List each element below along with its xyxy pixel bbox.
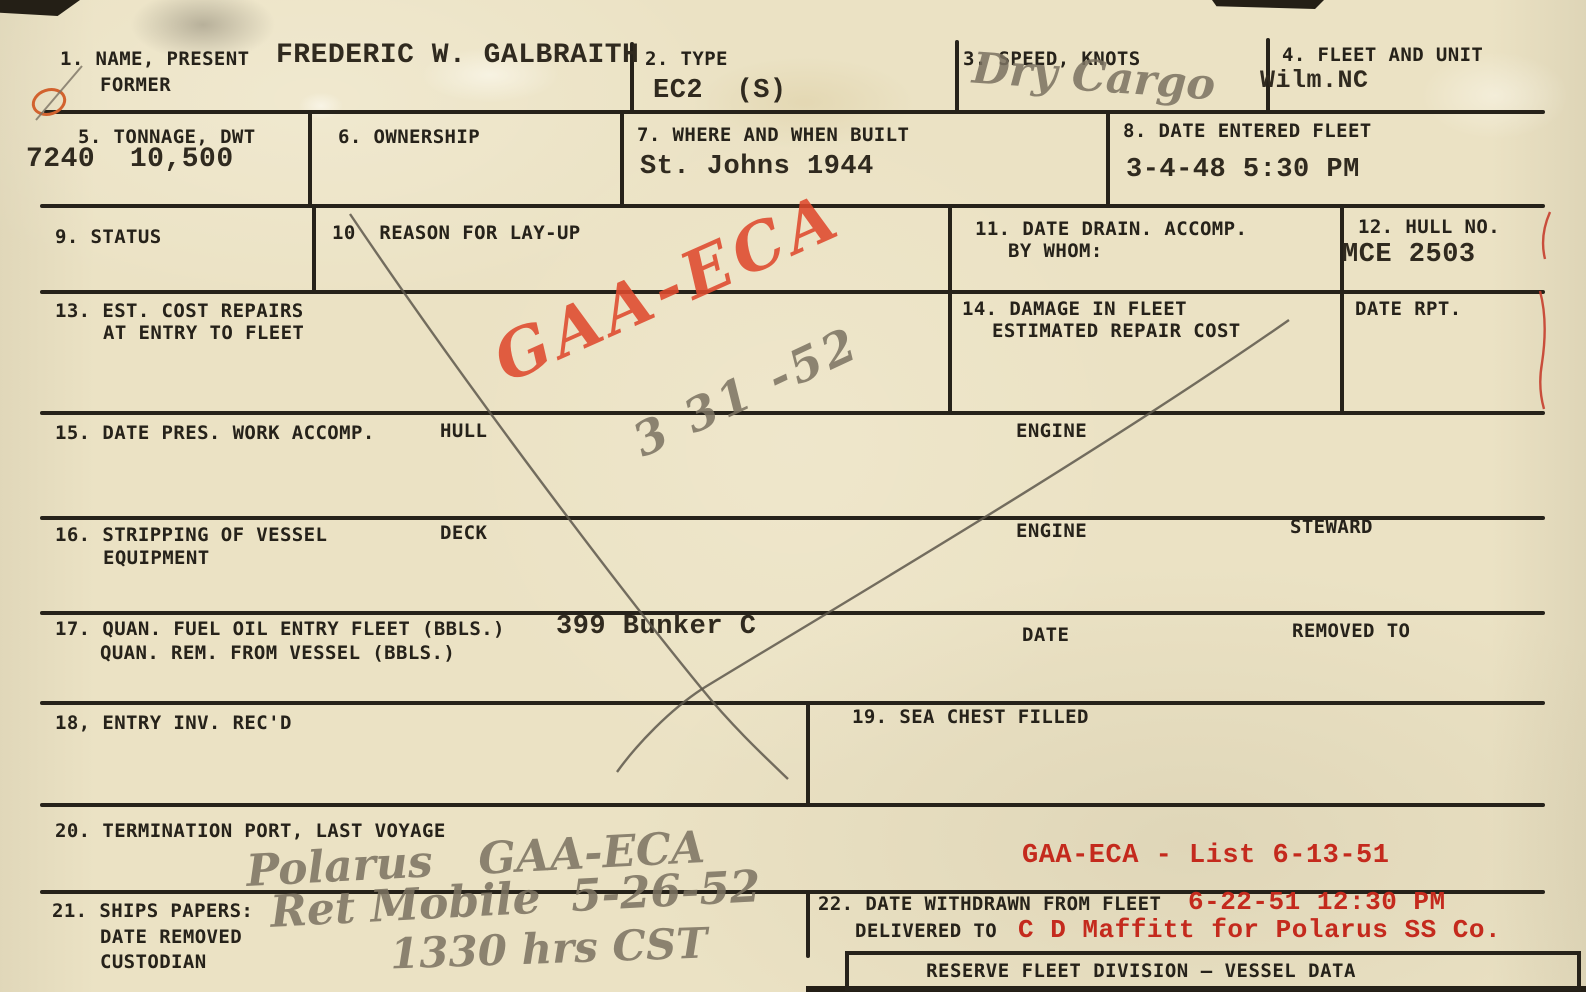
divider-tonnage-ownership — [308, 110, 312, 206]
field5-value-tonnage: 7240 10,500 — [26, 144, 234, 175]
field22-label: 22. DATE WITHDRAWN FROM FLEET — [818, 893, 1161, 915]
field15-sub-hull: HULL — [440, 420, 487, 442]
field10-label: 10 REASON FOR LAY-UP — [332, 222, 581, 244]
field8-value-date-entered: 3-4-48 5:30 PM — [1126, 155, 1360, 185]
scan-edge-top-left — [0, 0, 80, 16]
field7-value-where-built: St. Johns 1944 — [640, 152, 874, 182]
field17-label: 17. QUAN. FUEL OIL ENTRY FLEET (BBLS.) — [55, 618, 505, 640]
field4-value-fleet-unit: Wilm.NC — [1260, 66, 1369, 95]
field14-label: 14. DAMAGE IN FLEET — [962, 298, 1187, 320]
field4-label: 4. FLEET AND UNIT — [1282, 44, 1483, 66]
field22-label-delivered-to: DELIVERED TO — [855, 920, 997, 942]
field7-label: 7. WHERE AND WHEN BUILT — [637, 124, 909, 146]
field16-sub-deck: DECK — [440, 522, 487, 544]
field6-label: 6. OWNERSHIP — [338, 126, 480, 148]
field17-label2: QUAN. REM. FROM VESSEL (BBLS.) — [100, 642, 455, 664]
field21-label-custodian: CUSTODIAN — [100, 951, 207, 973]
divider-damage-daterpt — [1340, 290, 1344, 413]
field9-label: 9. STATUS — [55, 226, 162, 248]
field1-label: 1. NAME, PRESENT — [60, 48, 249, 70]
field11-label-by-whom: BY WHOM: — [1008, 240, 1103, 262]
field13-label: 13. EST. COST REPAIRS — [55, 300, 304, 322]
field16-label-equipment: EQUIPMENT — [103, 547, 210, 569]
divider-papers-withdrawn — [806, 890, 810, 958]
field16-sub-steward: STEWARD — [1290, 516, 1373, 538]
rule-below-row7 — [40, 701, 1545, 705]
paper-spot-small — [295, 90, 347, 122]
field1-label-former: FORMER — [100, 74, 171, 96]
rule-below-row8 — [40, 803, 1545, 807]
field19-label: 19. SEA CHEST FILLED — [852, 706, 1089, 728]
rule-below-row3 — [40, 290, 1545, 294]
red-margin-squiggle-upper — [1543, 212, 1550, 259]
field16-sub-engine: ENGINE — [1016, 520, 1087, 542]
divider-built-entered — [1106, 110, 1110, 206]
red-margin-squiggle-lower — [1540, 291, 1545, 409]
field12-value-hull-no: MCE 2503 — [1342, 240, 1476, 270]
red-list-note: GAA-ECA - List 6-13-51 — [1022, 841, 1389, 871]
scan-edge-top-right — [1212, 0, 1324, 9]
field21-label-date-removed: DATE REMOVED — [100, 926, 242, 948]
reserve-fleet-title-box: RESERVE FLEET DIVISION – VESSEL DATA — [845, 951, 1581, 991]
divider-type-speed — [955, 40, 959, 112]
divider-entry-seachest — [806, 701, 810, 805]
divider-status-reason — [312, 204, 316, 292]
field14-label2: ESTIMATED REPAIR COST — [992, 320, 1241, 342]
divider-ownership-built — [620, 110, 624, 206]
field22-value-date-withdrawn: 6-22-51 12:30 PM — [1188, 887, 1446, 917]
pencil-date-3-31-52: 3 31 -52 — [625, 316, 868, 468]
divider-repairs-damage — [948, 290, 952, 413]
field12-label: 12. HULL NO. — [1358, 216, 1500, 238]
field17-value-fuel: 399 Bunker C — [556, 612, 756, 642]
field2-value-type: EC2 (S) — [653, 76, 787, 106]
field8-label: 8. DATE ENTERED FLEET — [1123, 120, 1372, 142]
field15-label: 15. DATE PRES. WORK ACCOMP. — [55, 422, 375, 444]
field16-label: 16. STRIPPING OF VESSEL — [55, 524, 327, 546]
field3-handwritten-dry-cargo: Dry Cargo — [971, 44, 1217, 111]
divider-reason-drain — [948, 204, 952, 292]
field13-label2: AT ENTRY TO FLEET — [103, 322, 304, 344]
field17-sub-date: DATE — [1022, 624, 1069, 646]
field18-label: 18, ENTRY INV. REC'D — [55, 712, 292, 734]
field15-sub-engine: ENGINE — [1016, 420, 1087, 442]
field21-handwritten-1330-hrs: 1330 hrs CST — [389, 918, 708, 978]
field11-label: 11. DATE DRAIN. ACCOMP. — [975, 218, 1247, 240]
rule-below-row1 — [44, 110, 1545, 114]
rule-below-row6 — [40, 611, 1545, 615]
rule-below-row4 — [40, 411, 1545, 415]
field1-value-ship-name: FREDERIC W. GALBRAITH — [276, 40, 639, 71]
field22-value-delivered-to: C D Maffitt for Polarus SS Co. — [1018, 915, 1501, 945]
reserve-fleet-title: RESERVE FLEET DIVISION – VESSEL DATA — [926, 960, 1356, 982]
field17-sub-removed-to: REMOVED TO — [1292, 620, 1410, 642]
field21-label: 21. SHIPS PAPERS: — [52, 900, 253, 922]
vessel-data-card: 1. NAME, PRESENT FORMER FREDERIC W. GALB… — [0, 0, 1586, 992]
field14-label-date-rpt: DATE RPT. — [1355, 298, 1462, 320]
field2-label: 2. TYPE — [645, 48, 728, 70]
